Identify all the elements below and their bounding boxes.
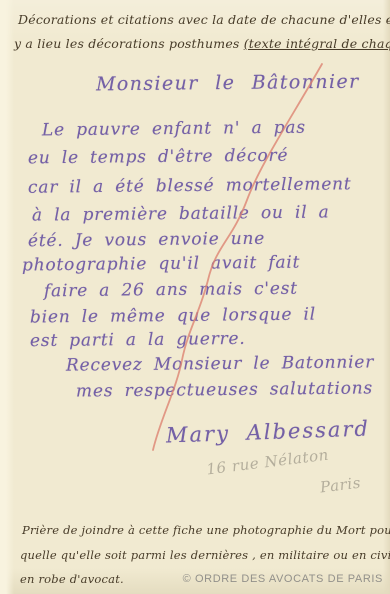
letter-greeting: Monsieur le Bâtonnier bbox=[96, 71, 360, 96]
letter-body-line: Le pauvre enfant n' a pas bbox=[42, 118, 306, 141]
letter-body-line: Recevez Monsieur le Batonnier bbox=[66, 352, 374, 375]
printed-header-line-2: y a lieu les décorations posthumes (text… bbox=[14, 36, 390, 51]
letter-signature: Mary Albessard bbox=[166, 416, 371, 447]
letter-body-line: car il a été blessé mortellement bbox=[28, 174, 352, 197]
printed-footer-line-1: Prière de joindre à cette fiche une phot… bbox=[22, 523, 390, 537]
pencil-address-street: 16 rue Nélaton bbox=[205, 446, 329, 479]
printed-footer-line-3: en robe d'avocat. bbox=[20, 572, 124, 586]
copyright-notice: © ORDRE DES AVOCATS DE PARIS bbox=[183, 573, 383, 585]
printed-header-line-2-pre: y a lieu les décorations posthumes bbox=[14, 36, 244, 51]
letter-body-line: photographie qu'il avait fait bbox=[22, 253, 300, 276]
letter-body-line: été. Je vous envoie une bbox=[28, 229, 265, 251]
pencil-address-city: Paris bbox=[319, 474, 362, 497]
letter-body-line: mes respectueuses salutations bbox=[76, 378, 373, 401]
printed-header-underlined-note: (texte intégral de chaque citation) bbox=[244, 36, 390, 51]
printed-footer-line-2: quelle qu'elle soit parmi les dernières … bbox=[20, 548, 390, 562]
printed-header-line-1: Décorations et citations avec la date de… bbox=[18, 12, 390, 27]
letter-body-line: bien le même que lorsque il bbox=[30, 305, 316, 328]
document-paper: Décorations et citations avec la date de… bbox=[0, 0, 390, 594]
letter-body-line: faire a 26 ans mais c'est bbox=[44, 279, 298, 302]
letter-body-line: à la première bataille ou il a bbox=[32, 202, 330, 225]
letter-body-line: eu le temps d'être décoré bbox=[28, 146, 288, 169]
letter-body-line: est parti a la guerre. bbox=[30, 329, 246, 351]
